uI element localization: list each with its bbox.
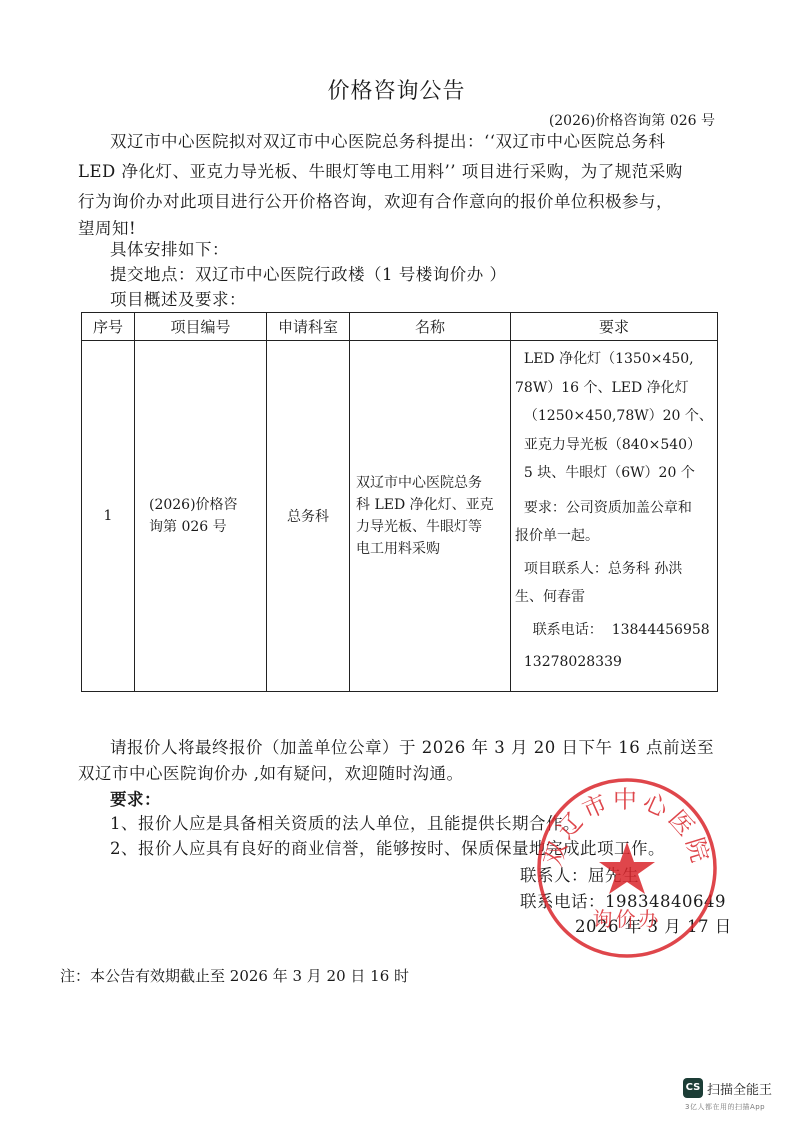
header-code: 项目编号 [135, 313, 267, 341]
cell-requirements: LED 净化灯（1350×450, 78W）16 个、LED 净化灯 （1250… [511, 341, 718, 692]
cell-dept: 总务科 [267, 341, 350, 692]
camscanner-watermark: CS 扫描全能王 3亿人都在用的扫描App [683, 1076, 793, 1116]
req-line: 生、何春雷 [515, 583, 715, 612]
req-line: 报价单一起。 [515, 522, 715, 551]
header-dept: 申请科室 [267, 313, 350, 341]
req-line: 联系电话： 13844456958 [515, 616, 715, 645]
cell-name-line: 电工用料采购 [356, 538, 510, 560]
req-line: 78W）16 个、LED 净化灯 [515, 374, 715, 403]
deadline-line-2: 双辽市中心医院询价办 ,如有疑问，欢迎随时沟通。 [78, 760, 464, 784]
table-header-row: 序号 项目编号 申请科室 名称 要求 [82, 313, 718, 341]
intro-line-1: 双辽市中心医院拟对双辽市中心医院总务科提出：‘‘双辽市中心医院总务科 [110, 128, 666, 152]
project-table: 序号 项目编号 申请科室 名称 要求 1 (2026)价格咨 询第 026 号 … [81, 312, 718, 692]
header-seq: 序号 [82, 313, 135, 341]
intro-line-3: 行为询价办对此项目进行公开价格咨询，欢迎有合作意向的报价单位积极参与， [78, 188, 673, 212]
req-line: 要求：公司资质加盖公章和 [515, 494, 715, 523]
cell-code-line: 询第 026 号 [149, 516, 266, 538]
document-title: 价格咨询公告 [0, 74, 793, 105]
document-number: (2026)价格咨询第 026 号 [549, 110, 715, 130]
requirement-1: 1、报价人应是具备相关资质的法人单位，且能提供长期合作。 [110, 810, 580, 834]
intro-line-2: LED 净化灯、亚克力导光板、牛眼灯等电工用料’’ 项目进行采购，为了规范采购 [78, 158, 683, 182]
req-line: LED 净化灯（1350×450, [515, 345, 715, 374]
cell-name: 双辽市中心医院总务 科 LED 净化灯、亚克 力导光板、牛眼灯等 电工用料采购 [350, 341, 511, 692]
cell-code: (2026)价格咨 询第 026 号 [135, 341, 267, 692]
table-row: 1 (2026)价格咨 询第 026 号 总务科 双辽市中心医院总务 科 LED… [82, 341, 718, 692]
header-name: 名称 [350, 313, 511, 341]
cell-name-line: 力导光板、牛眼灯等 [356, 516, 510, 538]
cell-seq: 1 [82, 341, 135, 692]
req-line: （1250×450,78W）20 个、 [515, 402, 715, 431]
cell-name-line: 双辽市中心医院总务 [356, 472, 510, 494]
req-line: 5 块、牛眼灯（6W）20 个 [515, 459, 715, 488]
submit-location: 提交地点：双辽市中心医院行政楼（1 号楼询价办 ） [110, 261, 507, 285]
cell-code-line: (2026)价格咨 [149, 494, 266, 516]
deadline-line-1: 请报价人将最终报价（加盖单位公章）于 2026 年 3 月 20 日下午 16 … [110, 734, 714, 758]
req-line: 项目联系人：总务科 孙洪 [515, 555, 715, 584]
cell-name-line: 科 LED 净化灯、亚克 [356, 494, 510, 516]
seal-icon: 双辽市中心医院 询价办 [535, 776, 719, 960]
req-line: 亚克力导光板（840×540） [515, 431, 715, 460]
official-seal: 双辽市中心医院 询价办 [535, 776, 719, 960]
requirements-label: 要求： [110, 786, 161, 810]
svg-text:询价办: 询价办 [593, 907, 662, 931]
camscanner-logo-icon: CS [683, 1078, 703, 1098]
footer-note: 注：本公告有效期截止至 2026 年 3 月 20 日 16 时 [60, 965, 409, 986]
camscanner-app-name: 扫描全能王 [707, 1079, 772, 1098]
camscanner-tagline: 3亿人都在用的扫描App [685, 1102, 765, 1112]
header-requirements: 要求 [511, 313, 718, 341]
req-line: 13278028339 [515, 648, 715, 677]
arrangement-label: 具体安排如下： [110, 236, 229, 260]
overview-label: 项目概述及要求： [110, 286, 246, 310]
